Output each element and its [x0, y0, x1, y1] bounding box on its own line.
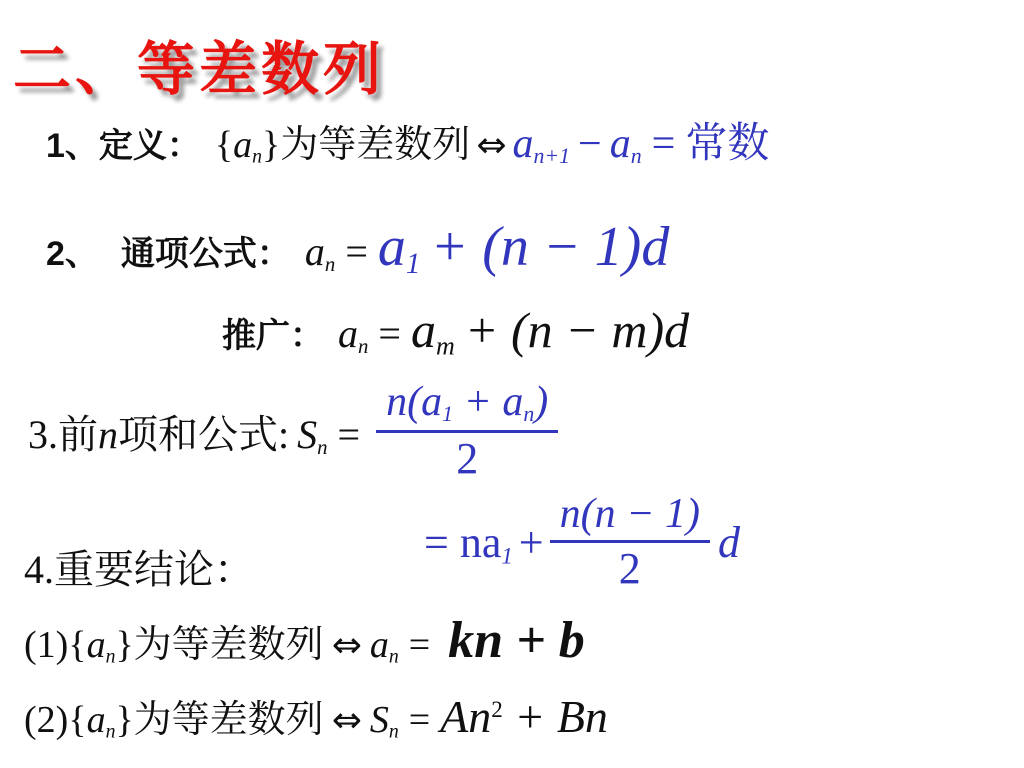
- var-S: S: [370, 699, 389, 741]
- phrase-arith-seq: }为等差数列: [115, 624, 323, 666]
- equals-sign: =: [409, 624, 430, 666]
- sub-n: n: [317, 436, 327, 459]
- iff-icon: ⇔: [332, 625, 362, 666]
- minus-sign: −: [578, 121, 602, 167]
- item-number-1: 1、: [46, 127, 99, 165]
- sub-1: 1: [501, 543, 512, 568]
- sub-n: n: [106, 646, 116, 668]
- rhs-expression: + (n − m)d: [465, 302, 689, 358]
- lhs-sub-n: n: [325, 253, 335, 276]
- generalization-line: 推广：an=am+ (n − m)d: [222, 300, 689, 361]
- lhs-sub-n: n: [389, 646, 399, 668]
- numerator-part1: n(a: [386, 379, 442, 425]
- rhs-a: a: [411, 302, 436, 358]
- sub-n: n: [106, 721, 116, 743]
- lhs-sub-n: n: [358, 335, 368, 358]
- lhs-a: a: [305, 229, 325, 274]
- phrase-arith-seq: 为等差数列: [280, 124, 470, 166]
- sub-n2: n: [389, 721, 399, 743]
- item-2-prefix: (2){: [24, 699, 87, 741]
- rhs-a: a: [378, 216, 406, 278]
- brace-open: {: [215, 124, 233, 166]
- equals-sign: =: [652, 121, 676, 167]
- sum-formula-line: 3.前n项和公式:Sn= n(a1 + an) 2: [28, 380, 558, 483]
- rhs-An: An: [440, 691, 491, 742]
- numerator-close: ): [534, 379, 548, 425]
- sum-label-post: 项和公式:: [118, 412, 289, 457]
- item-number-2: 2、: [46, 235, 99, 273]
- numerator-n-n-1: n(n − 1): [550, 492, 710, 543]
- equals-sign: =: [345, 229, 368, 274]
- equals-na1-pre: = na: [424, 518, 501, 567]
- iff-icon: ⇔: [476, 125, 506, 166]
- rhs-kn-plus-b: kn + b: [448, 612, 585, 669]
- numerator-sub-1: 1: [442, 402, 453, 426]
- rhs-sub-m: m: [436, 331, 455, 360]
- var-a: a: [87, 624, 106, 666]
- equals-sign: =: [378, 311, 401, 356]
- slide: 二、等差数列 1、定义：{an}为等差数列⇔an+1−an=常数 2、通项公式：…: [0, 0, 1024, 768]
- generalization-label: 推广：: [222, 317, 324, 355]
- lhs-a: a: [338, 311, 358, 356]
- denominator-2: 2: [619, 543, 641, 593]
- brace-close: }: [262, 124, 280, 166]
- denominator-2: 2: [456, 433, 478, 483]
- sub-n2: n: [631, 144, 642, 168]
- iff-icon: ⇔: [332, 700, 362, 741]
- item-1-prefix: (1){: [24, 624, 87, 666]
- rhs-expression: + (n − 1)d: [430, 216, 669, 278]
- sub-n: n: [252, 146, 262, 168]
- general-term-line: 2、通项公式：an=a1+ (n − 1)d: [46, 214, 669, 282]
- phrase-arith-seq: }为等差数列: [115, 699, 323, 741]
- conclusions-label: 4.重要结论：: [24, 538, 254, 595]
- constant-text: 常数: [685, 121, 769, 167]
- sum-label-pre: 3.前: [28, 412, 98, 457]
- rhs-sub-1: 1: [406, 248, 421, 280]
- definition-label: 定义：: [99, 127, 201, 165]
- var-S: S: [297, 412, 317, 457]
- rhs-plus-Bn: + Bn: [503, 691, 608, 742]
- sup-2: 2: [491, 697, 503, 722]
- plus-sign: +: [519, 518, 544, 567]
- conclusion-2-line: (2){an}为等差数列⇔Sn=An2 + Bn: [24, 688, 608, 746]
- var-a-n1: a: [512, 121, 533, 167]
- var-d: d: [718, 517, 740, 568]
- lhs-a: a: [370, 624, 389, 666]
- var-a: a: [87, 699, 106, 741]
- numerator-sub-n: n: [523, 402, 534, 426]
- sum-formula-alt: = na1+ n(n − 1) 2 d: [424, 492, 740, 593]
- sub-n-plus-1: n+1: [533, 144, 570, 168]
- general-term-label: 通项公式：: [121, 235, 291, 273]
- definition-line: 1、定义：{an}为等差数列⇔an+1−an=常数: [46, 118, 769, 171]
- slide-title: 二、等差数列: [13, 22, 385, 106]
- equals-sign: =: [409, 699, 430, 741]
- equals-sign: =: [338, 412, 361, 457]
- conclusion-1-line: (1){an}为等差数列⇔an=kn + b: [24, 608, 585, 673]
- numerator-part2: + a: [453, 379, 523, 425]
- var-a-n: a: [610, 121, 631, 167]
- var-a: a: [233, 124, 252, 166]
- var-n: n: [98, 412, 118, 457]
